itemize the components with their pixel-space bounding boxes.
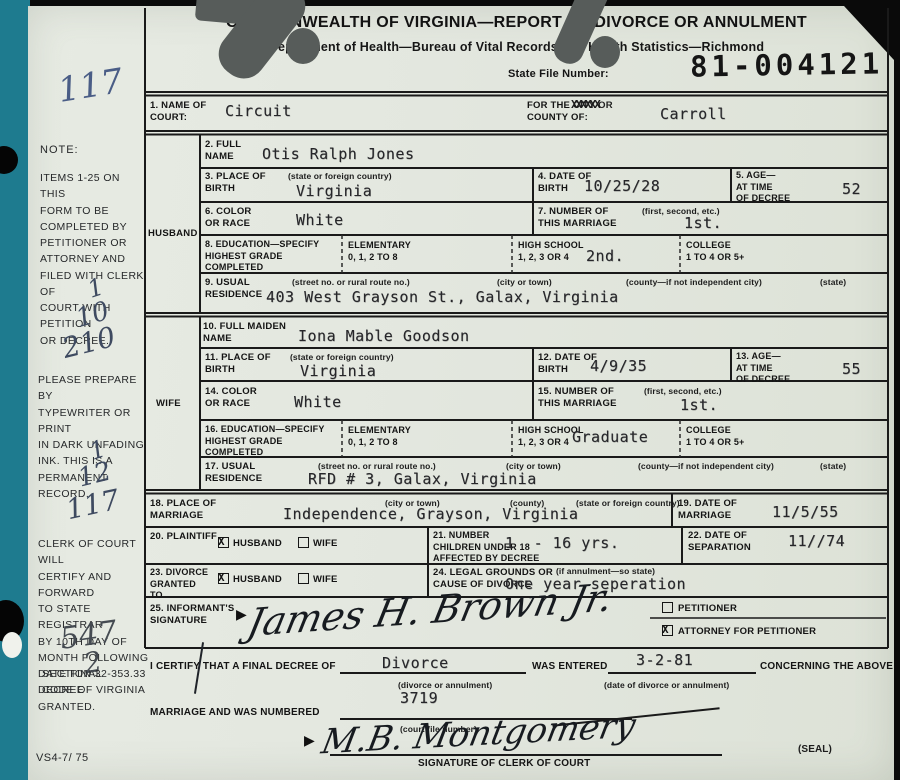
field-17-value: RFD # 3, Galax, Virginia: [308, 471, 537, 488]
field-15-label: 15. NUMBER OF THIS MARRIAGE: [538, 386, 617, 411]
field-5-label: 5. AGE— AT TIME OF DECREE: [736, 170, 790, 205]
field-18-label: 18. PLACE OF MARRIAGE: [150, 498, 216, 523]
field-20-label: 20. PLAINTIFF: [150, 531, 217, 543]
field-19-value: 11/5/55: [772, 504, 839, 521]
checkbox-plaintiff-wife-label: WIFE: [313, 538, 338, 550]
field-14-label: 14. COLOR OR RACE: [205, 386, 257, 411]
field-6-value: White: [296, 212, 344, 229]
field-9-hint2: (city or town): [497, 277, 552, 287]
checkbox-plaintiff-wife: [298, 537, 309, 548]
field-7-label: 7. NUMBER OF THIS MARRIAGE: [538, 206, 617, 231]
field-22-label: 22. DATE OF SEPARATION: [688, 530, 751, 555]
field-16-label: 16. EDUCATION—SPECIFY HIGHEST GRADE COMP…: [205, 424, 325, 459]
checkbox-granted-wife: [298, 573, 309, 584]
field-12-label: 12. DATE OF BIRTH: [538, 352, 597, 377]
scanned-divorce-report: COMMONWEALTH OF VIRGINIA—REPORT OF DIVOR…: [0, 0, 900, 780]
certify-line2-pre: MARRIAGE AND WAS NUMBERED: [150, 706, 320, 719]
field-8-label: 8. EDUCATION—SPECIFY HIGHEST GRADE COMPL…: [205, 239, 319, 274]
field-3-label: 3. PLACE OF BIRTH: [205, 171, 266, 196]
field-11-hint: (state or foreign country): [290, 352, 394, 362]
field-10-value: Iona Mable Goodson: [298, 328, 470, 345]
checkbox-granted-husband-label: HUSBAND: [233, 574, 282, 586]
field-8-value: 2nd.: [586, 248, 624, 265]
certify-line1-mid: WAS ENTERED: [532, 660, 608, 673]
field-16-college: COLLEGE 1 TO 4 OR 5+: [686, 425, 745, 448]
field-10-label: 10. FULL MAIDEN NAME: [203, 321, 286, 346]
field-court-label: 1. NAME OF COURT:: [150, 100, 206, 125]
blank-line: [608, 671, 756, 674]
certify-line1-pre: I CERTIFY THAT A FINAL DECREE OF: [150, 660, 336, 673]
checkbox-granted-wife-label: WIFE: [313, 574, 338, 586]
checkbox-mark: X: [662, 623, 669, 636]
signature-arrow-icon: ▶: [236, 606, 247, 623]
certify-decree-type: Divorce: [382, 655, 449, 672]
seal-label: (SEAL): [798, 744, 832, 756]
checkbox-petitioner: [662, 602, 673, 613]
field-25-label: 25. INFORMANT'S SIGNATURE: [150, 603, 234, 628]
field-8-elementary: ELEMENTARY 0, 1, 2 TO 8: [348, 240, 411, 263]
field-22-value: 11//74: [788, 533, 845, 550]
field-13-value: 55: [842, 361, 861, 378]
field-county-for-label: FOR THE: [527, 100, 570, 112]
certify-decree-date: 3-2-81: [636, 652, 693, 669]
field-17-hint4: (state): [820, 461, 846, 471]
checkbox-plaintiff-husband: X: [218, 537, 229, 548]
paper-tear: [2, 632, 22, 658]
field-6-label: 6. COLOR OR RACE: [205, 206, 251, 231]
overstrike-xs: XXXXXX: [571, 98, 599, 111]
checkbox-mark: X: [218, 535, 225, 548]
field-court-value: Circuit: [225, 103, 292, 120]
field-2-label: 2. FULL NAME: [205, 139, 241, 164]
checkbox-attorney: X: [662, 625, 673, 636]
field-23-label: 23. DIVORCE GRANTED TO: [150, 567, 208, 602]
margin-note-section: SECTION 32-353.33 CODE OF VIRGINIA: [42, 666, 152, 699]
checkbox-plaintiff-husband-label: HUSBAND: [233, 538, 282, 550]
section-label-wife: WIFE: [156, 398, 181, 409]
field-3-hint: (state or foreign country): [288, 171, 392, 181]
field-4-value: 10/25/28: [584, 178, 660, 195]
signature-line: [330, 753, 722, 756]
certify-court-file-number: 3719: [400, 690, 438, 707]
certify-line1-post: CONCERNING THE ABOVE: [760, 660, 893, 673]
field-county-value: Carroll: [660, 106, 727, 123]
field-3-value: Virginia: [296, 183, 372, 200]
field-19-label: 19. DATE OF MARRIAGE: [678, 498, 737, 523]
fastener-mark: [286, 28, 320, 64]
fastener-mark: [590, 36, 620, 68]
field-18-value: Independence, Grayson, Virginia: [283, 506, 578, 523]
field-11-label: 11. PLACE OF BIRTH: [205, 352, 271, 377]
certify-hint-date: (date of divorce or annulment): [604, 680, 729, 690]
field-17-hint3: (county—if not independent city): [638, 461, 774, 471]
field-5-value: 52: [842, 181, 861, 198]
checkbox-attorney-label: ATTORNEY FOR PETITIONER: [678, 626, 816, 638]
margin-note-title: NOTE:: [40, 142, 79, 159]
field-21-value: 1 - 16 yrs.: [505, 535, 619, 552]
field-18-hint3: (state or foreign country): [576, 498, 680, 508]
signature-arrow-icon: ▶: [304, 732, 315, 749]
field-8-college: COLLEGE 1 TO 4 OR 5+: [686, 240, 745, 263]
field-14-value: White: [294, 394, 342, 411]
form-code: VS4-7/ 75: [36, 750, 89, 767]
field-9-label: 9. USUAL RESIDENCE: [205, 277, 262, 302]
field-9-hint3: (county—if not independent city): [626, 277, 762, 287]
field-13-label: 13. AGE— AT TIME OF DECREE: [736, 351, 790, 386]
field-county-label: COUNTY OF:: [527, 112, 588, 124]
section-label-husband: HUSBAND: [148, 228, 198, 239]
field-11-value: Virginia: [300, 363, 376, 380]
field-15-value: 1st.: [680, 397, 718, 414]
checkbox-mark: X: [218, 571, 225, 584]
field-7-value: 1st.: [684, 215, 722, 232]
field-8-highschool: HIGH SCHOOL 1, 2, 3 OR 4: [518, 240, 584, 263]
clerk-signature-label: SIGNATURE OF CLERK OF COURT: [418, 757, 590, 770]
field-15-hint: (first, second, etc.): [644, 386, 722, 396]
field-2-value: Otis Ralph Jones: [262, 146, 415, 163]
field-9-value: 403 West Grayson St., Galax, Virginia: [266, 289, 619, 306]
field-12-value: 4/9/35: [590, 358, 647, 375]
field-9-hint1: (street no. or rural route no.): [292, 277, 410, 287]
state-file-number-stamp: 81-004121: [690, 46, 884, 83]
field-17-label: 17. USUAL RESIDENCE: [205, 461, 262, 486]
checkbox-granted-husband: X: [218, 573, 229, 584]
state-file-number-label: State File Number:: [508, 67, 609, 81]
field-16-value: Graduate: [572, 429, 648, 446]
field-16-elementary: ELEMENTARY 0, 1, 2 TO 8: [348, 425, 411, 448]
checkbox-petitioner-label: PETITIONER: [678, 603, 737, 615]
field-9-hint4: (state): [820, 277, 846, 287]
